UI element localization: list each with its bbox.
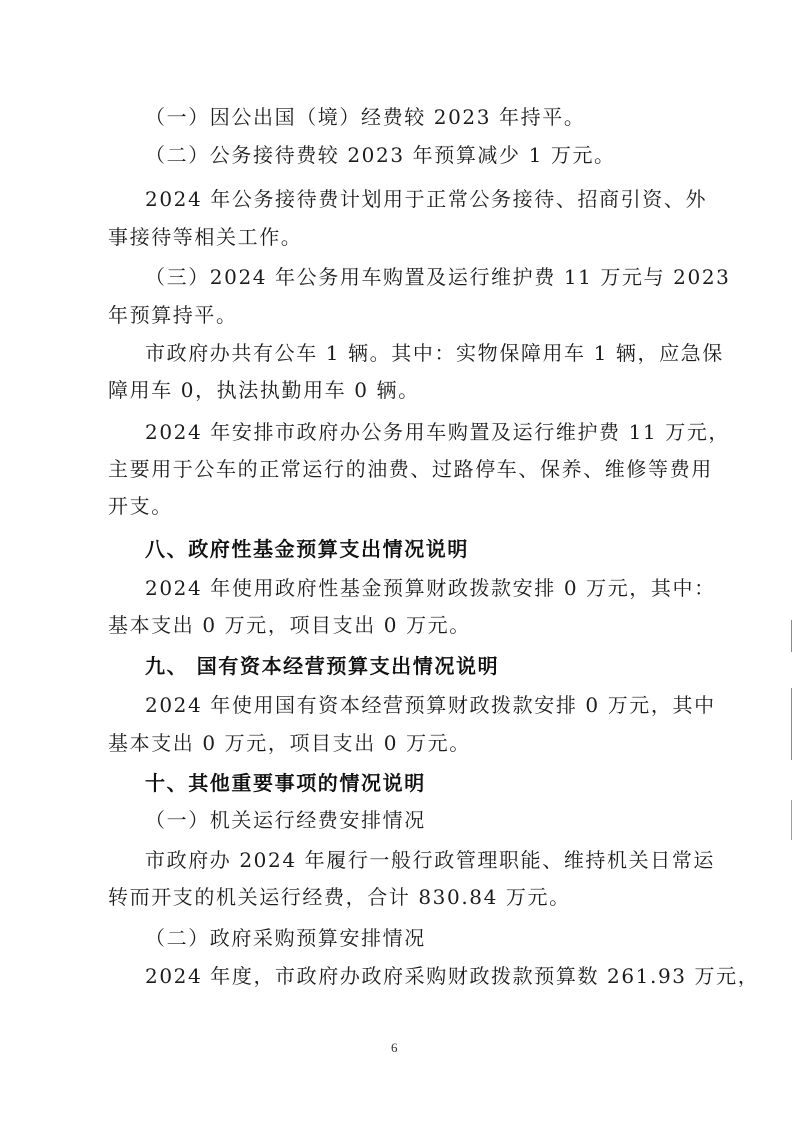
paragraph-vehicle-fee-line1: （三）2024 年公务用车购置及运行维护费 11 万元与 2023 <box>145 265 690 289</box>
paragraph-government-fund-line2: 基本支出 0 万元，项目支出 0 万元。 <box>108 613 708 637</box>
paragraph-operating-costs-line1: 市政府办 2024 年履行一般行政管理职能、维持机关日常运 <box>145 848 690 872</box>
paragraph-outbound-travel: （一）因公出国（境）经费较 2023 年持平。 <box>145 105 745 129</box>
paragraph-operating-costs-line2: 转而开支的机关运行经费，合计 830.84 万元。 <box>108 885 708 909</box>
paragraph-vehicle-count-line2: 障用车 0，执法执勤用车 0 辆。 <box>108 378 708 402</box>
section-heading-other-matters: 十、其他重要事项的情况说明 <box>145 771 745 795</box>
scan-edge-mark <box>791 688 792 760</box>
paragraph-state-capital-line2: 基本支出 0 万元，项目支出 0 万元。 <box>108 731 708 755</box>
paragraph-reception-plan-line2: 事接待等相关工作。 <box>108 225 708 249</box>
page-number: 6 <box>391 1040 398 1056</box>
scan-edge-mark <box>791 620 792 652</box>
subsection-title-operating-costs: （一）机关运行经费安排情况 <box>145 808 745 832</box>
subsection-title-procurement: （二）政府采购预算安排情况 <box>145 926 745 950</box>
scan-edge-mark <box>791 800 792 840</box>
paragraph-government-fund-line1: 2024 年使用政府性基金预算财政拨款安排 0 万元，其中： <box>145 576 690 600</box>
paragraph-reception-plan-line1: 2024 年公务接待费计划用于正常公务接待、招商引资、外 <box>145 187 690 211</box>
paragraph-procurement-line1: 2024 年度，市政府办政府采购财政拨款预算数 261.93 万元， <box>145 964 690 988</box>
section-heading-government-fund: 八、政府性基金预算支出情况说明 <box>145 537 745 561</box>
paragraph-reception-fee: （二）公务接待费较 2023 年预算减少 1 万元。 <box>145 143 745 167</box>
document-page: （一）因公出国（境）经费较 2023 年持平。 （二）公务接待费较 2023 年… <box>0 0 794 1122</box>
paragraph-vehicle-count-line1: 市政府办共有公车 1 辆。其中：实物保障用车 1 辆，应急保 <box>145 341 690 365</box>
paragraph-vehicle-budget-line3: 开支。 <box>108 494 708 518</box>
paragraph-vehicle-budget-line2: 主要用于公车的正常运行的油费、过路停车、保养、维修等费用 <box>108 457 690 481</box>
paragraph-vehicle-budget-line1: 2024 年安排市政府办公务用车购置及运行维护费 11 万元， <box>145 420 690 444</box>
paragraph-vehicle-fee-line2: 年预算持平。 <box>108 303 708 327</box>
section-heading-state-capital: 九、 国有资本经营预算支出情况说明 <box>145 654 745 678</box>
paragraph-state-capital-line1: 2024 年使用国有资本经营预算财政拨款安排 0 万元，其中 <box>145 693 690 717</box>
